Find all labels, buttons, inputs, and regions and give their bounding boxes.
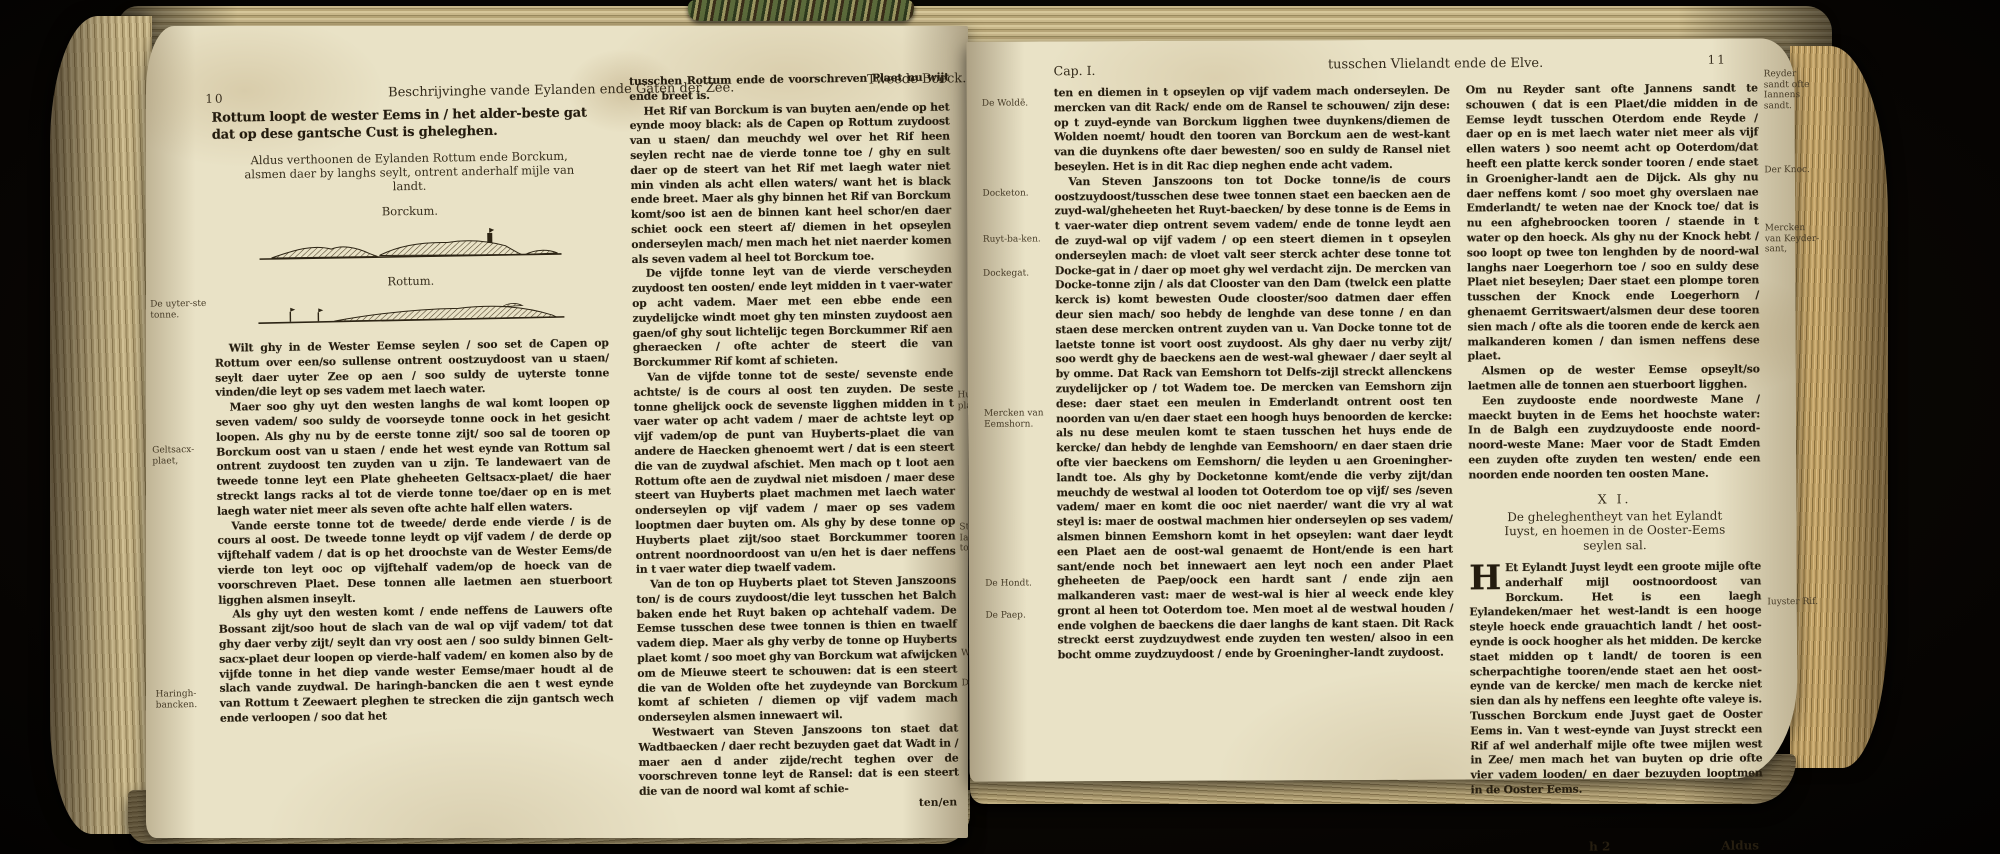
column-c-text: ten en diemen in t opseylen op vijf vade… (1054, 84, 1454, 664)
illustration-caption: Aldus verthoonen de Eylanden Rottum ende… (230, 149, 589, 196)
column-d-text: Om nu Reyder sant ofte Jannens sandt te … (1466, 81, 1761, 483)
paragraph: tusschen Rottum ende de voorschreven Pla… (629, 70, 949, 104)
paragraph: Het Rif van Borckum is van buyten aen/en… (629, 100, 951, 267)
left-column-b: tusschen Rottum ende de voorschreven Pla… (629, 70, 959, 814)
margin-note-haringh-bancken: Haringh-bancken. (156, 689, 220, 711)
paragraph: De vijfde tonne leyt van de vierde versc… (632, 263, 953, 371)
profile-label-borckum: Borckum. (213, 202, 607, 220)
drop-cap-initial: H (1469, 563, 1501, 593)
paragraph: Maer soo ghy uyt den westen langhs de wa… (216, 395, 612, 519)
paragraph: Van de vijfde tonne tot de seste/ sevens… (633, 366, 956, 578)
paragraph: Als ghy uyt den westen komt / ende neffe… (218, 603, 614, 727)
right-running-title: tusschen Vlielandt ende de Elve. (1246, 56, 1626, 73)
gathering-signature: h 2 (1589, 839, 1610, 853)
left-page-number: 10 (205, 93, 224, 105)
paragraph: Van de ton op Huyberts plaet tot Steven … (636, 574, 958, 726)
paragraph: Alsmen op de wester Eemse opseylt/so lae… (1468, 363, 1760, 395)
book-fore-edge (1790, 46, 1888, 768)
margin-note-de-wolden: De Woldē. (982, 98, 1046, 109)
margin-note-de-paep: De Paep. (985, 610, 1049, 621)
signature-row: h 2 Aldus (1471, 838, 1763, 854)
book-left-page-edges (50, 16, 152, 834)
paragraph: Vande eerste tonne tot de tweede/ derde … (217, 514, 612, 608)
section-title: De gheleghentheyt van het Eylandt Iuyst,… (1495, 508, 1735, 553)
paragraph: ten en diemen in t opseylen op vijf vade… (1054, 84, 1451, 176)
margin-note-mercken-van-eemshorn: Mercken van Eemshorn. (984, 408, 1048, 429)
paragraph: Et Eylandt Juyst leydt een groote mijle … (1469, 559, 1763, 798)
rottum-coastal-profile-illustration (256, 289, 566, 327)
margin-note-der-knoc: Der Knoc. (1764, 165, 1822, 176)
paragraph: Van Steven Janszoons ton tot Docke tonne… (1054, 172, 1453, 663)
margin-note-ruyt-baken: Ruyt-ba-ken. (983, 234, 1047, 245)
borckum-tower (487, 233, 492, 243)
paragraph: Westwaert van Steven Janszoons ton staet… (638, 721, 959, 799)
borckum-coastal-profile-illustration (255, 219, 566, 265)
paragraph: Om nu Reyder sant ofte Jannens sandt te … (1466, 81, 1760, 364)
margin-note-docketon: Docketon. (982, 188, 1046, 199)
right-column-d: Om nu Reyder sant ofte Jannens sandt te … (1466, 81, 1763, 854)
book-photograph: { "colors": { "background": "#0a0704", "… (0, 0, 2000, 854)
left-page[interactable]: 10 Beschrijvinghe vande Eylanden ende Ga… (146, 26, 968, 838)
catchword-right-page: Aldus (1721, 838, 1759, 852)
right-page[interactable]: Cap. I. tusschen Vlielandt ende de Elve.… (966, 38, 1797, 782)
margin-note-iuyster-rif: Iuyster Rif. (1767, 597, 1825, 608)
chapter-label: Cap. I. (1054, 64, 1124, 78)
margin-note-geltsacx-plaet: Geltsacx-plaet, (152, 445, 216, 467)
margin-note-uyterste-tonne: De uyter-ste tonne. (150, 299, 214, 321)
margin-note-reyder-sandt: Reyder sandt ofte Iannens sandt. (1764, 69, 1822, 111)
chapter-heading: Rottum loopt de wester Eems in / het ald… (211, 105, 605, 143)
column-a-text: Wilt ghy in de Wester Eemse seylen / soo… (215, 336, 614, 726)
margin-note-dockegat: Dockegat. (983, 268, 1047, 279)
right-page-number: 11 (1708, 54, 1727, 66)
paragraph: Wilt ghy in de Wester Eemse seylen / soo… (215, 336, 610, 401)
book-headband (688, 0, 914, 21)
left-column-a: Rottum loopt de wester Eems in / het ald… (211, 105, 614, 726)
column-b-text: tusschen Rottum ende de voorschreven Pla… (629, 70, 959, 799)
paragraph: Een zuydooste ende noordweste Mane / mae… (1468, 392, 1761, 483)
section-text: H Et Eylandt Juyst leydt een groote mijl… (1469, 559, 1763, 798)
margin-note-mercken-van-keydersant: Mercken van Keyder-sant, (1765, 223, 1823, 255)
profile-label-rottum: Rottum. (214, 272, 608, 290)
margin-note-de-hondt: De Hondt. (985, 578, 1049, 589)
right-column-c: ten en diemen in t opseylen op vijf vade… (1054, 84, 1454, 664)
section-number: X I. (1469, 491, 1761, 507)
